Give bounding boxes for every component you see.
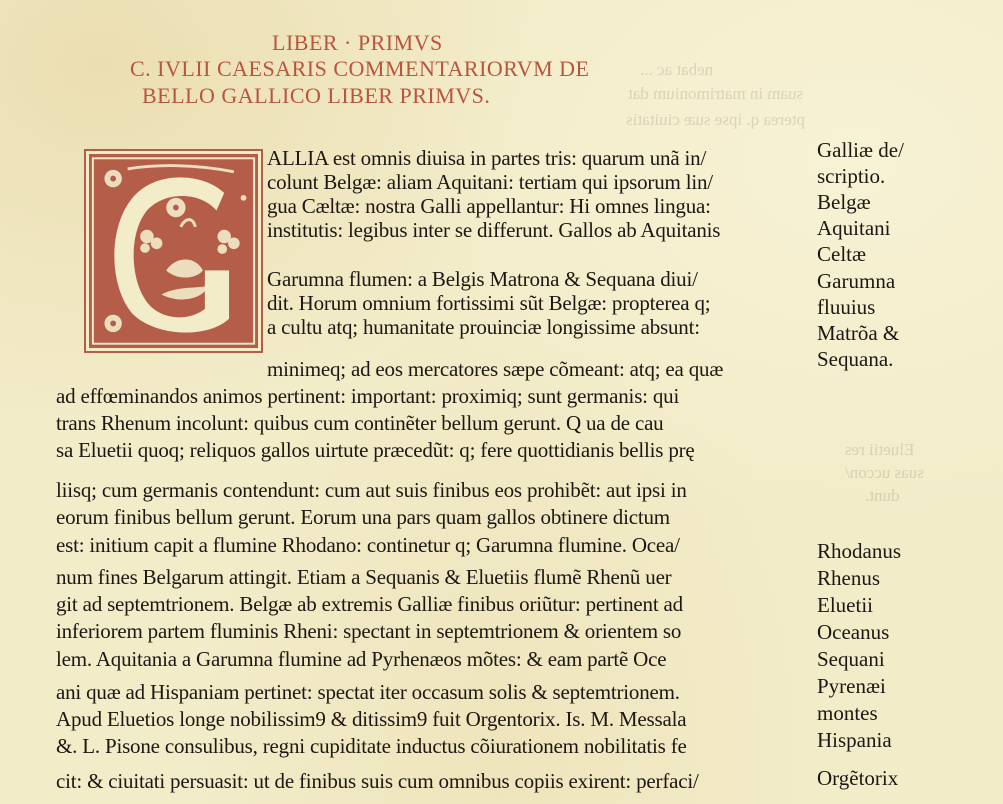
text-line: git ad septemtrionem. Belgæ ab extremis … (56, 592, 683, 616)
margin-note: Sequana. (817, 347, 893, 371)
margin-note: Galliæ de/ (817, 138, 904, 162)
margin-note: Rhodanus (817, 539, 901, 563)
text-line: Apud Eluetios longe nobilissim9 & ditiss… (56, 707, 686, 731)
text-line: eorum finibus bellum gerunt. Eorum una p… (56, 505, 670, 529)
margin-note: montes (817, 701, 878, 725)
margin-note: scriptio. (817, 164, 885, 188)
text-line: sa Eluetii quoq; reliquos gallos uirtute… (56, 438, 695, 462)
margin-note: Garumna (817, 269, 895, 293)
text-line: ani quæ ad Hispaniam pertinet: spectat i… (56, 680, 680, 704)
margin-note: Eluetii (817, 593, 873, 617)
show-through-text: Eluetii res (845, 440, 914, 460)
heading-book-title: BELLO GALLICO LIBER PRIMVS. (142, 83, 490, 109)
margin-note: Hispania (817, 728, 892, 752)
text-line: minimeq; ad eos mercatores sæpe cõmeant:… (267, 357, 723, 381)
show-through-text: suam in matrimonium dat (628, 84, 803, 104)
text-line: colunt Belgæ: aliam Aquitani: tertiam qu… (267, 170, 713, 194)
margin-note: Celtæ (817, 242, 866, 266)
margin-note: Oceanus (817, 620, 889, 644)
illuminated-drop-cap (86, 151, 261, 351)
show-through-text: dunt. (865, 486, 899, 506)
margin-note: fluuius (817, 295, 875, 319)
show-through-text: nebat ac ... (640, 60, 713, 80)
drop-cap-g-icon (89, 154, 258, 348)
text-line: est: initium capit a flumine Rhodano: co… (56, 533, 680, 557)
text-line: lem. Aquitania a Garumna flumine ad Pyrh… (56, 647, 666, 671)
margin-note: Orgẽtorix (817, 766, 898, 790)
text-line: inferiorem partem fluminis Rheni: specta… (56, 619, 681, 643)
heading-author-title: C. IVLII CAESARIS COMMENTARIORVM DE (130, 56, 590, 82)
margin-note: Matrõa & (817, 321, 899, 345)
text-line: institutis: legibus inter se differunt. … (267, 218, 720, 242)
heading-liber-primus: LIBER · PRIMVS (272, 30, 443, 56)
text-line: cit: & ciuitati persuasit: ut de finibus… (56, 769, 699, 793)
text-line: dit. Horum omnium fortissimi sũt Belgæ: … (267, 291, 710, 315)
margin-note: Aquitani (817, 216, 891, 240)
margin-note: Pyrenæi (817, 674, 886, 698)
show-through-text: pterea q. ipse suæ ciuitatis (626, 110, 805, 130)
text-line: a cultu atq; humanitate prouinciæ longis… (267, 315, 700, 339)
text-line: ALLIA est omnis diuisa in partes tris: q… (267, 146, 706, 170)
margin-note: Belgæ (817, 190, 871, 214)
margin-note: Sequani (817, 647, 885, 671)
text-line: ad effœminandos animos pertinent: import… (56, 384, 679, 408)
margin-note: Rhenus (817, 566, 880, 590)
text-line: Garumna flumen: a Belgis Matrona & Sequa… (267, 267, 698, 291)
text-line: gua Cæltæ: nostra Galli appellantur: Hi … (267, 194, 711, 218)
show-through-text: suas uccon/ (845, 463, 924, 483)
text-line: num fines Belgarum attingit. Etiam a Seq… (56, 565, 671, 589)
text-line: &. L. Pisone consulibus, regni cupiditat… (56, 734, 687, 758)
text-line: trans Rhenum incolunt: quibus cum contin… (56, 411, 663, 435)
text-line: liisq; cum germanis contendunt: cum aut … (56, 478, 687, 502)
